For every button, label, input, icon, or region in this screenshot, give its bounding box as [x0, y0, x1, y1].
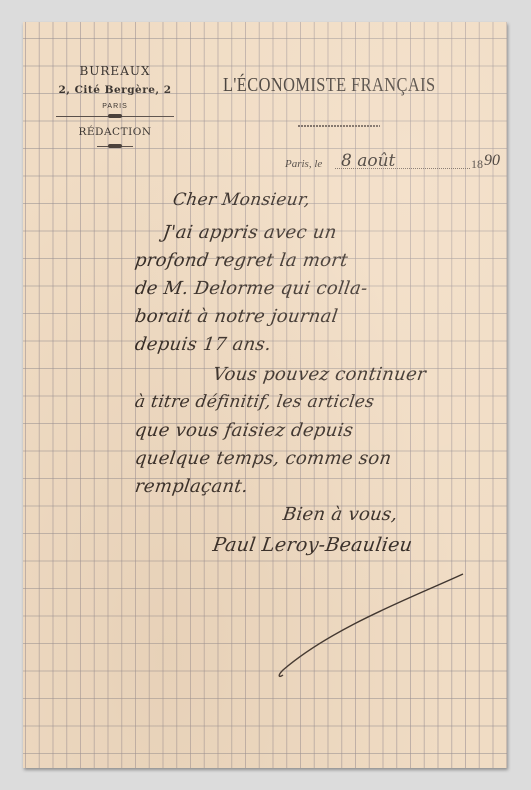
date-prefix: Paris, le: [285, 158, 322, 170]
letter-line: de M. Delorme qui colla-: [134, 278, 369, 299]
ornamental-rule: [56, 116, 174, 117]
letter-line: depuis 17 ans.: [134, 334, 273, 355]
ornamental-rule-small: [97, 146, 133, 147]
letter-line: Vous pouvez continuer: [212, 364, 428, 385]
date-line: Paris, le 8 août 18 90: [285, 152, 525, 172]
letter-paper: BUREAUX 2, Cité Bergère, 2 PARIS RÉDACTI…: [23, 22, 507, 768]
letterhead-address-block: BUREAUX 2, Cité Bergère, 2 PARIS RÉDACTI…: [50, 64, 180, 147]
letterhead-redaction: RÉDACTION: [50, 126, 180, 138]
signature: Paul Leroy-Beaulieu: [211, 534, 413, 556]
letter-line: borait à notre journal: [134, 306, 340, 327]
letter-line: quelque temps, comme son: [134, 448, 393, 469]
letter-line: que vous faisiez depuis: [134, 420, 355, 441]
letterhead-bureaux: BUREAUX: [50, 64, 180, 78]
newspaper-title: L'ÉCONOMISTE FRANÇAIS: [223, 74, 428, 97]
closing: Bien à vous,: [282, 504, 400, 525]
date-year-handwritten: 90: [484, 152, 500, 170]
date-day-handwritten: 8 août: [341, 151, 395, 171]
letterhead-address: 2, Cité Bergère, 2: [50, 84, 180, 96]
letterhead-city: PARIS: [50, 103, 180, 110]
letter-line: J'ai appris avec un: [162, 222, 339, 243]
letter-line: à titre définitif, les articles: [134, 392, 376, 412]
title-underline: [298, 125, 380, 127]
signature-flourish: [273, 572, 473, 682]
salutation: Cher Monsieur,: [172, 190, 312, 210]
letter-line: remplaçant.: [134, 476, 250, 497]
letter-line: profond regret la mort: [134, 250, 350, 271]
date-year-printed: 18: [471, 157, 483, 172]
